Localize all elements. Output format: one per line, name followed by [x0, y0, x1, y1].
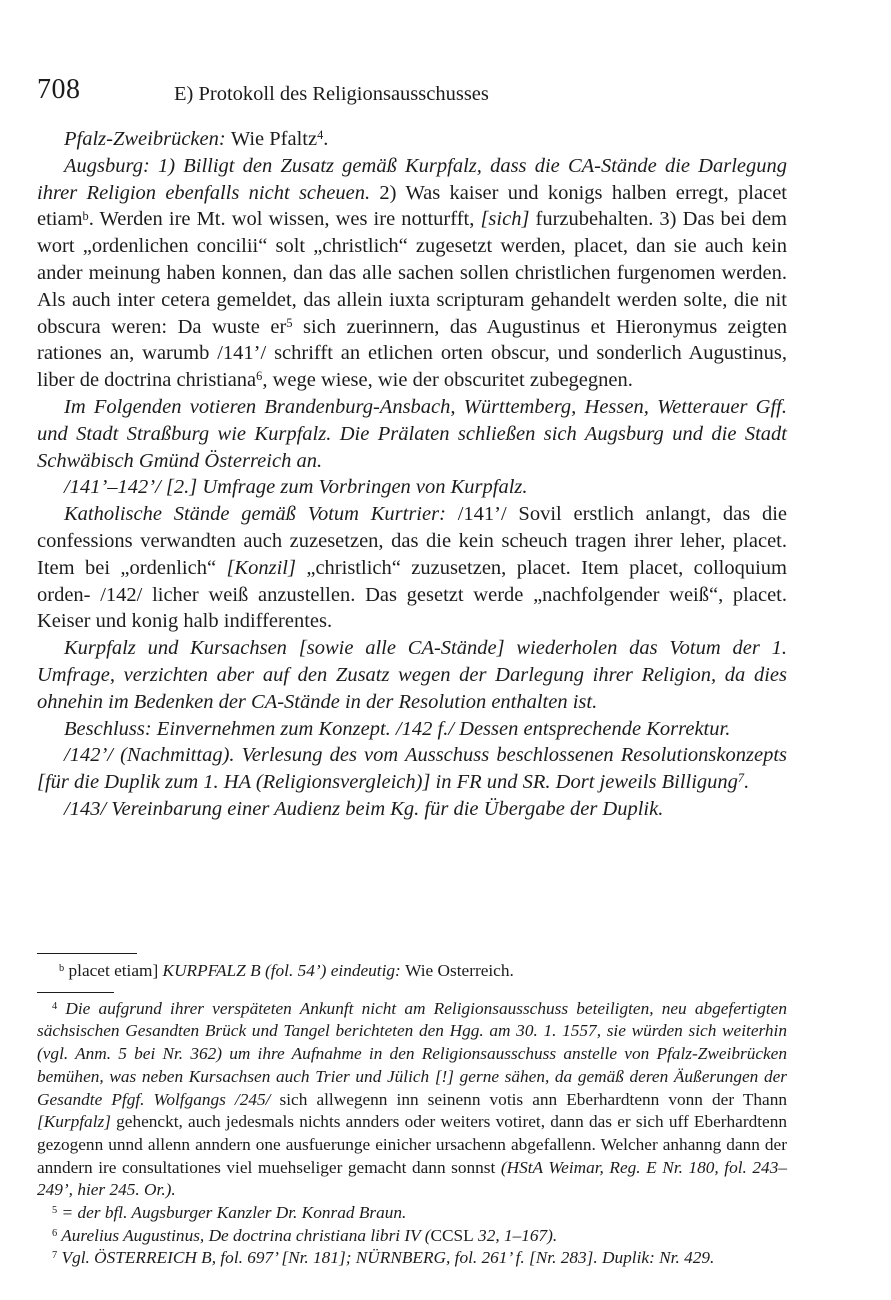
- text-run: Vgl. ÖSTERREICH B, fol. 697’ [Nr. 181]; …: [57, 1248, 714, 1267]
- text-run: sich allwegenn inn seinenn votis ann Ebe…: [280, 1090, 787, 1109]
- text-run: placet etiam]: [64, 961, 162, 980]
- paragraph-augsburg-votum: Augsburg: 1) Billigt den Zusatz gemäß Ku…: [37, 153, 787, 394]
- footnote-4: 4 Die aufgrund ihrer verspäteten Ankunft…: [37, 998, 787, 1202]
- text-run: 32, 1–167).: [474, 1226, 558, 1245]
- text-run: KURPFALZ B (fol. 54’) eindeutig:: [163, 961, 406, 980]
- text-run: Katholische Stände gemäß Votum Kurtrier:: [64, 503, 458, 525]
- page-number: 708: [37, 76, 81, 104]
- text-run: CCSL: [431, 1226, 474, 1245]
- text-run: Wie Osterreich.: [405, 961, 514, 980]
- text-run: 4: [317, 128, 323, 142]
- text-run: /143/ Vereinbarung einer Audienz beim Kg…: [64, 798, 663, 820]
- paragraph-nachmittag-verlesung: /142’/ (Nachmittag). Verlesung des vom A…: [37, 742, 787, 796]
- paragraph-audienz-duplik: /143/ Vereinbarung einer Audienz beim Kg…: [37, 796, 787, 823]
- text-run: . Werden ire Mt. wol wissen, wes ire not…: [89, 208, 481, 230]
- text-run: Im Folgenden votieren Brandenburg-Ansbac…: [37, 396, 787, 472]
- paragraph-beschluss: Beschluss: Einvernehmen zum Konzept. /14…: [37, 716, 787, 743]
- text-run: Aurelius Augustinus, De doctrina christi…: [57, 1226, 430, 1245]
- text-run: /141’–142’/ [2.] Umfrage zum Vorbringen …: [64, 476, 528, 498]
- critical-apparatus: b placet etiam] KURPFALZ B (fol. 54’) ei…: [37, 953, 787, 1270]
- paragraph-pfalz-zweibruecken: Pfalz-Zweibrücken: Wie Pfaltz4.: [37, 126, 787, 153]
- footnote-5: 5 = der bfl. Augsburger Kanzler Dr. Konr…: [37, 1202, 787, 1225]
- text-run: Wie Pfaltz: [231, 128, 317, 150]
- text-run: , wege wiese, wie der obscuritet zubegeg…: [262, 369, 633, 391]
- text-run: Beschluss: Einvernehmen zum Konzept. /14…: [64, 718, 730, 740]
- text-run: Kurpfalz und Kursachsen [sowie alle CA-S…: [37, 637, 787, 713]
- footnote-7: 7 Vgl. ÖSTERREICH B, fol. 697’ [Nr. 181]…: [37, 1247, 787, 1270]
- text-run: .: [744, 771, 749, 793]
- text-run: 5: [52, 1205, 57, 1216]
- text-run: .: [323, 128, 328, 150]
- text-run: 4: [52, 1001, 57, 1012]
- paragraph-kurpfalz-kursachsen: Kurpfalz und Kursachsen [sowie alle CA-S…: [37, 635, 787, 715]
- text-run: [Konzil]: [226, 557, 296, 579]
- footnote-6: 6 Aurelius Augustinus, De doctrina chris…: [37, 1225, 787, 1248]
- book-page: 708 E) Protokoll des Religionsausschusse…: [0, 0, 891, 1300]
- text-run: 5: [286, 316, 292, 330]
- apparatus-separator-rule: [37, 953, 137, 954]
- text-run: 7: [738, 771, 744, 785]
- text-run: 7: [52, 1250, 57, 1261]
- paragraph-katholische-staende: Katholische Stände gemäß Votum Kurtrier:…: [37, 501, 787, 635]
- main-text: Pfalz-Zweibrücken: Wie Pfaltz4. Augsburg…: [37, 126, 787, 823]
- text-run: Pfalz-Zweibrücken:: [64, 128, 231, 150]
- paragraph-umfrage-2: /141’–142’/ [2.] Umfrage zum Vorbringen …: [37, 474, 787, 501]
- running-head: E) Protokoll des Religionsausschusses: [174, 83, 489, 105]
- text-run: [sich]: [480, 208, 529, 230]
- text-run: 6: [256, 369, 262, 383]
- footnote-separator-rule: [37, 992, 114, 993]
- text-run: b: [83, 209, 89, 223]
- text-run: = der bfl. Augsburger Kanzler Dr. Konrad…: [57, 1203, 406, 1222]
- text-run: [Kurpfalz]: [37, 1112, 111, 1131]
- text-run: 6: [52, 1228, 57, 1239]
- paragraph-folgende-voten: Im Folgenden votieren Brandenburg-Ansbac…: [37, 394, 787, 474]
- text-run: b: [59, 963, 64, 974]
- apparatus-note-b: b placet etiam] KURPFALZ B (fol. 54’) ei…: [37, 960, 787, 983]
- text-run: /142’/ (Nachmittag). Verlesung des vom A…: [37, 744, 787, 793]
